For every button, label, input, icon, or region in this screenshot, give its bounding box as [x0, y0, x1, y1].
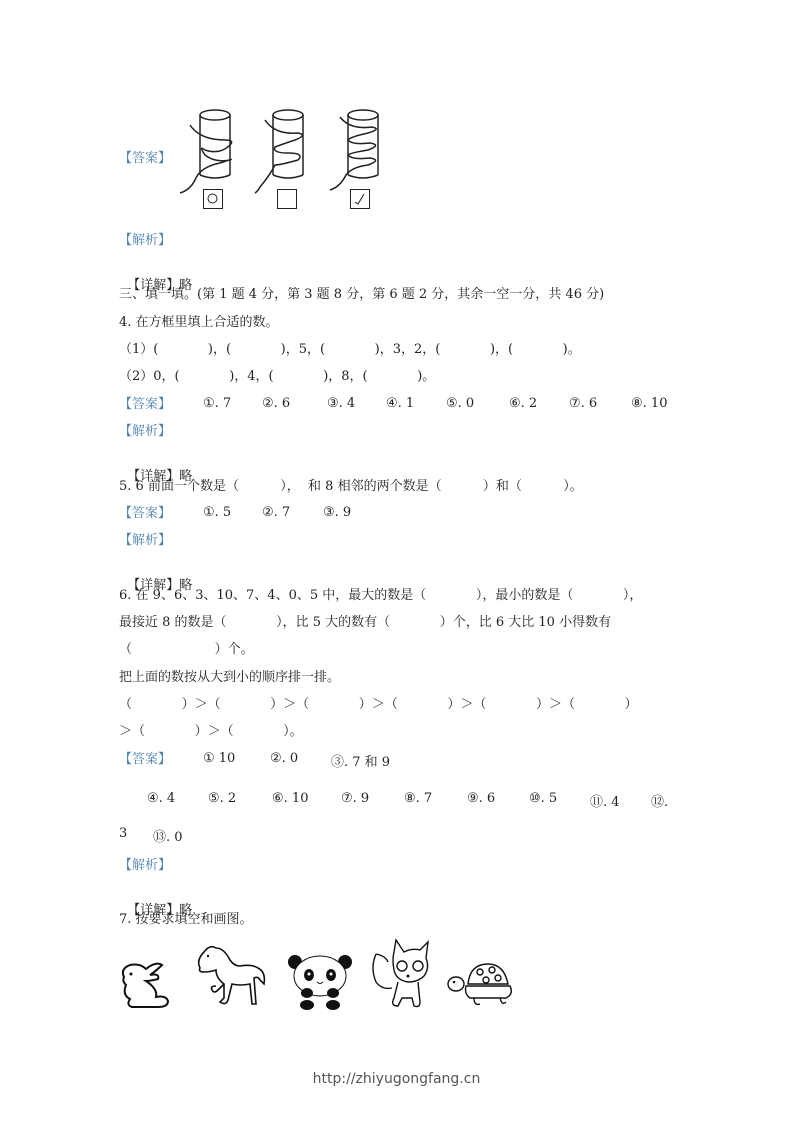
q5-answer-3: ③. 9: [323, 505, 351, 520]
footer-url[interactable]: http://zhiyugongfang.cn: [0, 1071, 793, 1087]
answer-box-empty: [277, 189, 297, 209]
q6-answer-12-value: 3: [119, 826, 127, 841]
q6-answer-10: ⑩. 5: [529, 791, 557, 806]
q6-answer-13: ⑬. 0: [153, 826, 183, 845]
section-title: 三、填一填。(第 1 题 4 分，第 3 题 8 分，第 6 题 2 分，其余一…: [119, 286, 604, 304]
q4-part2: （2）0，( )，4，( )，8，( )。: [119, 368, 435, 386]
q4-answer-6: ⑥. 2: [509, 396, 537, 411]
answer-tag: 【答案】: [119, 150, 171, 168]
q4-answer-5: ⑤. 0: [446, 396, 474, 411]
q6-analysis-tag: 【解析】: [119, 857, 171, 875]
q4-answer-3: ③. 4: [327, 396, 355, 411]
q6-answer-12: ⑫.: [651, 791, 668, 810]
q6-answer-3: ③. 7 和 9: [331, 751, 390, 770]
q4-title: 4. 在方框里填上合适的数。: [119, 314, 279, 332]
q6-answer-4: ④. 4: [147, 791, 175, 806]
q4-answer-1: ①. 7: [203, 396, 231, 411]
q6-answer-5: ⑤. 2: [208, 791, 236, 806]
horse-icon: [190, 940, 270, 1012]
q6-line2: 最接近 8 的数是（ ），比 5 大的数有（ ）个，比 6 大比 10 小得数有: [119, 614, 611, 632]
turtle-icon: [446, 960, 516, 1008]
q4-answer-7: ⑦. 6: [569, 396, 597, 411]
q6-answer-tag: 【答案】: [119, 751, 171, 769]
rabbit-icon: [118, 955, 173, 1010]
q6-line3: （ ）个。: [119, 641, 254, 659]
q6-answer-9: ⑨. 6: [467, 791, 495, 806]
q6-answer-8: ⑧. 7: [404, 791, 432, 806]
answer-box-check: [350, 189, 370, 209]
q4-analysis-tag: 【解析】: [119, 423, 171, 441]
q5-answer-2: ②. 7: [262, 505, 290, 520]
q6-line4: 把上面的数按从大到小的顺序排一排。: [119, 669, 340, 687]
q4-part1: （1）( )，( )，5，( )，3，2，( )，( )。: [119, 341, 581, 359]
q6-line5: （ ）＞（ ）＞（ ）＞（ ）＞（ ）＞（ ）: [119, 696, 638, 714]
analysis-tag: 【解析】: [119, 232, 171, 250]
q5-answer-1: ①. 5: [203, 505, 231, 520]
q4-answer-4: ④. 1: [386, 396, 414, 411]
q6-line6: ＞（ ）＞（ ）。: [119, 723, 303, 741]
answer-box-circle: [203, 189, 223, 209]
q5-analysis-tag: 【解析】: [119, 532, 171, 550]
panda-icon: [285, 950, 355, 1012]
q4-answer-tag: 【答案】: [119, 396, 171, 414]
q6-answer-6: ⑥. 10: [272, 791, 308, 806]
q6-answer-2: ②. 0: [270, 751, 298, 766]
q4-answer-2: ②. 6: [262, 396, 290, 411]
q6-answer-11: ⑪. 4: [590, 791, 620, 810]
q6-answer-7: ⑦. 9: [341, 791, 369, 806]
q7-title: 7. 按要求填空和画图。: [119, 911, 253, 929]
q4-answer-8: ⑧. 10: [631, 396, 667, 411]
q5-answer-tag: 【答案】: [119, 505, 171, 523]
q5-title: 5. 6 前面一个数是（ ）， 和 8 相邻的两个数是（ ）和（ ）。: [119, 478, 583, 496]
q6-line1: 6. 在 9、6、3、10、7、4、0、5 中，最大的数是（ ），最小的数是（ …: [119, 587, 642, 605]
q6-answer-1: ① 10: [203, 751, 235, 766]
fox-icon: [368, 938, 433, 1013]
